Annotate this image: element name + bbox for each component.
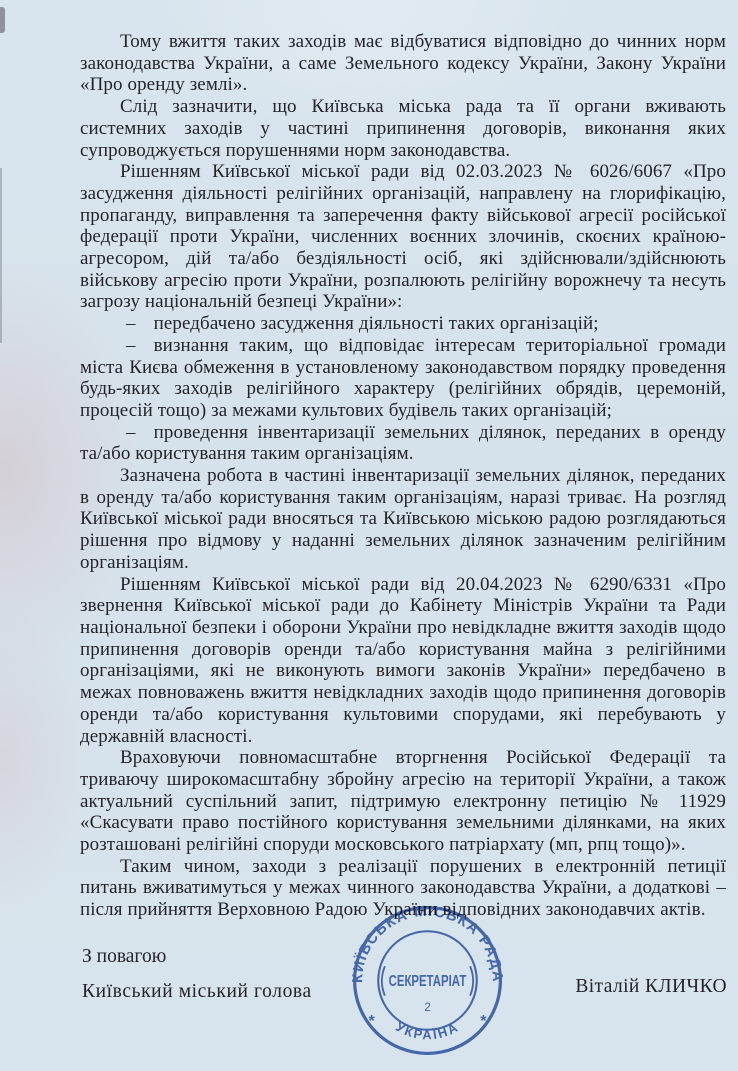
signer-name: Віталій КЛИЧКО (575, 976, 727, 998)
stamp-number: 2 (424, 1000, 431, 1014)
stamp-top-arc-text: КИЇВСЬКА МІСЬКА РАДА (350, 904, 505, 984)
bullet-item: –передбачено засудження діяльності таких… (80, 313, 726, 335)
letter-body: Тому вжиття таких заходів має відбуватис… (80, 31, 726, 921)
paragraph: Рішенням Київської міської ради від 02.0… (80, 161, 726, 313)
paragraph: Рішенням Київської міської ради від 20.0… (80, 574, 726, 748)
paragraph: Слід зазначити, що Київська міська рада … (80, 96, 726, 161)
signer-title: Київський міський голова (82, 981, 312, 1003)
bullet-item: –визнання таким, що відповідає інтересам… (80, 335, 726, 422)
closing-salutation: З повагою (82, 946, 166, 968)
paragraph: Зазначена робота в частині інвентаризаці… (80, 465, 726, 574)
bullet-text: проведення інвентаризації земельних діля… (80, 422, 726, 465)
bullet-dash: – (126, 313, 136, 334)
stamp-center-text: СЕКРЕТАРІАТ (389, 973, 467, 990)
stamp-star-left: * (368, 1012, 375, 1030)
bullet-text: передбачено засудження діяльності таких … (154, 313, 599, 334)
scan-edge-line (0, 168, 2, 343)
stamp-star-right: * (480, 1012, 487, 1030)
bullet-item: –проведення інвентаризації земельних діл… (80, 422, 726, 465)
stamp-left-bracket (382, 966, 385, 995)
scan-edge-artifact (0, 7, 5, 33)
stamp-bottom-arc-text: УКРАЇНА (393, 1019, 461, 1042)
paragraph: Враховуючи повномасштабне вторгнення Рос… (80, 747, 726, 856)
bullet-dash: – (126, 335, 136, 356)
bullet-dash: – (126, 422, 136, 443)
bullet-text: визнання таким, що відповідає інтересам … (80, 335, 726, 421)
paragraph: Тому вжиття таких заходів має відбуватис… (80, 31, 726, 96)
stamp-right-bracket (470, 966, 473, 995)
secretariat-round-stamp: КИЇВСЬКА МІСЬКА РАДА УКРАЇНА СЕКРЕТАРІАТ… (347, 900, 508, 1061)
scanned-letter-page: Тому вжиття таких заходів має відбуватис… (0, 0, 738, 1071)
